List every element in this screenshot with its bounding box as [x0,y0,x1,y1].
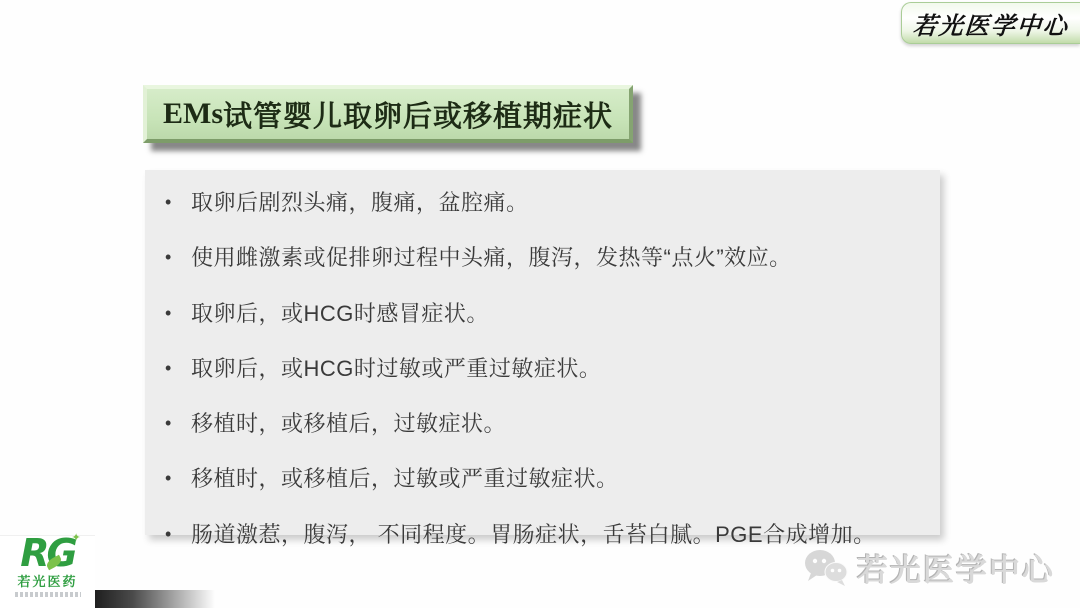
header-banner: 若光医学中心 [901,2,1080,44]
rg-logo-icon: RG ✦ [20,537,74,569]
bullet-text: 移植时，或移植后，过敏或严重过敏症状。 [191,466,922,491]
slide-title-box: EMs 试管婴儿取卵后或移植期症状 [143,85,633,143]
bullet-text: 使用雌激素或促排卵过程中头痛，腹泻，发热等“点火”效应。 [191,245,922,270]
bullet-text: 取卵后，或HCG时过敏或严重过敏症状。 [191,356,922,381]
bullet-item: • 移植时，或移植后，过敏或严重过敏症状。 [163,466,922,491]
bullet-list: • 取卵后剧烈头痛，腹痛，盆腔痛。 • 使用雌激素或促排卵过程中头痛，腹泻，发热… [163,190,922,547]
watermark: 若光医学中心 [803,545,1055,590]
banner-title: 若光医学中心 [912,6,1070,41]
sparkle-icon: ✦ [72,534,81,543]
logo-subtext-line [15,592,81,597]
slide-title-en: EMs [163,97,223,131]
slide-title-zh: 试管婴儿取卵后或移植期症状 [223,94,613,135]
bullet-text: 移植时，或移植后，过敏症状。 [191,411,922,436]
bullet-item: • 取卵后，或HCG时过敏或严重过敏症状。 [163,356,922,381]
bullet-text: 取卵后，或HCG时感冒症状。 [191,301,922,326]
company-logo: RG ✦ 若光医药 [0,535,95,608]
content-panel: • 取卵后剧烈头痛，腹痛，盆腔痛。 • 使用雌激素或促排卵过程中头痛，腹泻，发热… [145,170,940,535]
bullet-dot-icon: • [163,356,191,381]
bullet-text: 肠道激惹，腹泻， 不同程度。胃肠症状，舌苔白腻。PGE合成增加。 [191,522,922,547]
bullet-item: • 肠道激惹，腹泻， 不同程度。胃肠症状，舌苔白腻。PGE合成增加。 [163,522,922,547]
bullet-dot-icon: • [163,466,191,491]
bullet-dot-icon: • [163,301,191,326]
bullet-item: • 使用雌激素或促排卵过程中头痛，腹泻，发热等“点火”效应。 [163,245,922,270]
bottom-bar-streak [95,590,245,608]
bullet-dot-icon: • [163,245,191,270]
bullet-item: • 取卵后，或HCG时感冒症状。 [163,301,922,326]
wechat-icon [803,548,849,588]
bullet-dot-icon: • [163,411,191,436]
slide: 若光医学中心 EMs 试管婴儿取卵后或移植期症状 • 取卵后剧烈头痛，腹痛，盆腔… [0,0,1080,608]
watermark-text: 若光医学中心 [857,545,1055,590]
bullet-dot-icon: • [163,522,191,547]
bullet-dot-icon: • [163,190,191,215]
bullet-item: • 移植时，或移植后，过敏症状。 [163,411,922,436]
bullet-item: • 取卵后剧烈头痛，腹痛，盆腔痛。 [163,190,922,215]
bullet-text: 取卵后剧烈头痛，腹痛，盆腔痛。 [191,190,922,215]
